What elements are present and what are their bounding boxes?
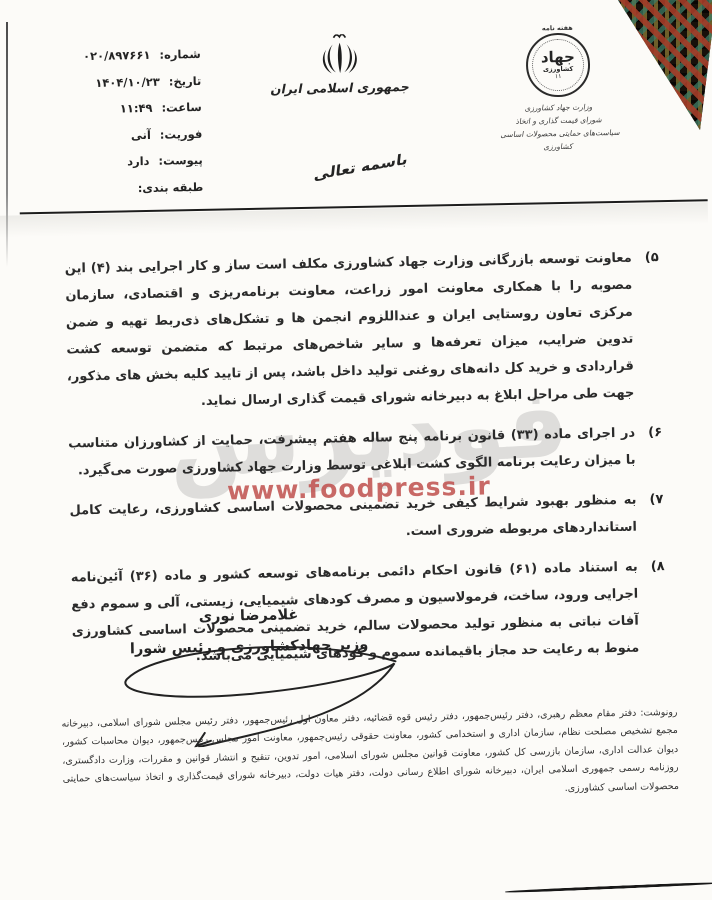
emblem-caption: جمهوری اسلامی ایران	[264, 79, 417, 97]
field-value: دارد	[127, 154, 150, 168]
field-attachment: پیوست: دارد	[21, 153, 203, 183]
org-name-lines: وزارت جهاد کشاورزی شورای قیمت گذاری و ات…	[486, 100, 633, 155]
field-label: طبقه بندی:	[138, 179, 204, 194]
signer-title: وزیر جهادکشاورزی و رئیس شورا	[109, 636, 389, 657]
jahad-keshavarzi-seal-icon: جهاد کشاورزی ۱۱	[525, 32, 590, 97]
clause-number: ۸)	[644, 553, 666, 661]
field-value: ۱۱:۴۹	[120, 101, 153, 116]
bismillah-calligraphy: باسمه تعالی	[309, 149, 414, 184]
seal-line3: ۱۱	[555, 73, 562, 80]
org-line: سیاست‌های حمایتی محصولات اساسی کشاورزی	[484, 126, 634, 155]
clause-7: ۷) به منظور بهبود شرایط کیفی خرید تضمینی…	[69, 486, 664, 551]
field-value: ۱۴۰۴/۱۰/۲۳	[95, 74, 160, 89]
clause-text: معاونت توسعه بازرگانی وزارت جهاد کشاورزی…	[65, 245, 635, 418]
footer-cc-list: رونوشت: دفتر مقام معظم رهبری، دفتر رئیس‌…	[61, 703, 679, 807]
scanned-letter-page: شماره: ۰۲۰/۸۹۷۶۶۱ تاریخ: ۱۴۰۴/۱۰/۲۳ ساعت…	[0, 0, 712, 900]
ministry-logo-block: هفته نامه جهاد کشاورزی ۱۱ وزارت جهاد کشا…	[484, 23, 632, 155]
field-label: پیوست:	[158, 153, 203, 168]
letter-document: شماره: ۰۲۰/۸۹۷۶۶۱ تاریخ: ۱۴۰۴/۱۰/۲۳ ساعت…	[0, 0, 712, 900]
field-label: فوریت:	[160, 126, 203, 141]
field-value: ۰۲۰/۸۹۷۶۶۱	[83, 48, 151, 63]
seal-top-label: هفته نامه	[484, 23, 630, 34]
field-classification: طبقه بندی:	[21, 179, 203, 209]
clause-number: ۵)	[638, 244, 661, 406]
clause-number: ۷)	[643, 486, 664, 540]
clause-5: ۵) معاونت توسعه بازرگانی وزارت جهاد کشاو…	[65, 244, 662, 417]
clause-text: به منظور بهبود شرایط کیفی خرید تضمینی مح…	[69, 487, 637, 552]
clause-number: ۶)	[642, 419, 663, 473]
field-label: ساعت:	[161, 100, 202, 115]
field-label: شماره:	[159, 47, 201, 62]
clause-6: ۶) در اجرای ماده (۳۳) قانون برنامه پنج س…	[68, 419, 663, 484]
clause-text: در اجرای ماده (۳۳) قانون برنامه پنج ساله…	[68, 420, 636, 485]
field-time: ساعت: ۱۱:۴۹	[20, 100, 202, 130]
letterhead-fields: شماره: ۰۲۰/۸۹۷۶۶۱ تاریخ: ۱۴۰۴/۱۰/۲۳ ساعت…	[19, 47, 204, 209]
field-urgency: فوریت: آنی	[20, 126, 202, 156]
field-date: تاریخ: ۱۴۰۴/۱۰/۲۳	[19, 73, 201, 103]
emblem-block: جمهوری اسلامی ایران	[264, 33, 415, 97]
seal-line1: جهاد	[541, 50, 575, 66]
field-label: تاریخ:	[169, 73, 202, 88]
iran-emblem-icon	[313, 34, 366, 79]
field-value: آنی	[131, 127, 151, 141]
field-number: شماره: ۰۲۰/۸۹۷۶۶۱	[19, 47, 201, 77]
